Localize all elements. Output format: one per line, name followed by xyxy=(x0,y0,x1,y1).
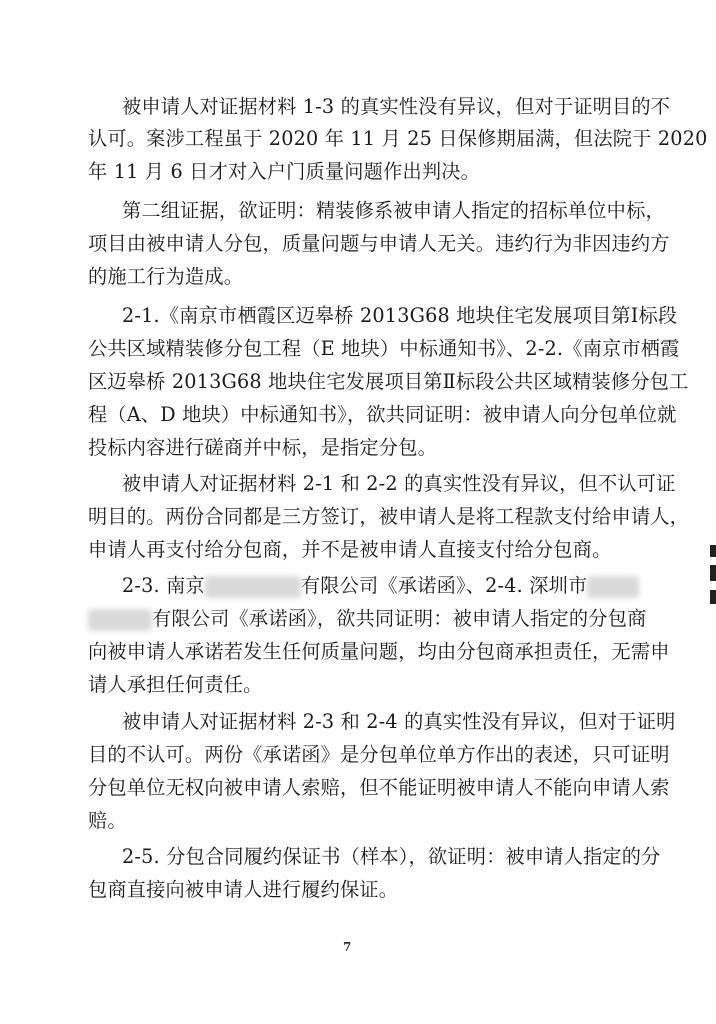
redacted-company-name xyxy=(587,576,639,598)
evidence-2-3-suffix: 有限公司《承诺函》、2-4. 深圳市 xyxy=(301,574,588,597)
page-number: 7 xyxy=(343,940,351,954)
evidence-2-3-prefix: 2-3. 南京 xyxy=(122,574,205,597)
paragraph-3-line-2: 公共区域精装修分包工程（E 地块）中标通知书》、2-2.《南京市栖霞 xyxy=(88,337,680,361)
paragraph-2-line-3: 的施工行为造成。 xyxy=(88,265,243,289)
paragraph-3-line-3: 区迈皋桥 2013G68 地块住宅发展项目第Ⅱ标段公共区域精装修分包工 xyxy=(88,370,689,394)
scan-edge-mark xyxy=(710,590,716,604)
paragraph-7-line-2: 包商直接向被申请人进行履约保证。 xyxy=(88,878,398,902)
paragraph-3-line-5: 投标内容进行磋商并中标，是指定分包。 xyxy=(88,436,437,460)
paragraph-5-line-1: 2-3. 南京有限公司《承诺函》、2-4. 深圳市 xyxy=(122,574,639,598)
paragraph-1-line-2: 认可。案涉工程虽于 2020 年 11 月 25 日保修期届满，但法院于 202… xyxy=(88,127,708,151)
paragraph-1-line-1: 被申请人对证据材料 1-3 的真实性没有异议，但对于证明目的不 xyxy=(122,95,670,119)
paragraph-5-line-2: 有限公司《承诺函》，欲共同证明：被申请人指定的分包商 xyxy=(88,607,646,631)
paragraph-4-line-2: 明目的。两份合同都是三方签订，被申请人是将工程款支付给申请人， xyxy=(88,505,689,529)
paragraph-4-line-3: 申请人再支付给分包商，并不是被申请人直接支付给分包商。 xyxy=(88,538,611,562)
scan-edge-mark xyxy=(710,565,716,581)
redacted-company-name xyxy=(205,576,301,598)
paragraph-5-line-4: 请人承担任何责任。 xyxy=(88,673,263,697)
paragraph-7-line-1: 2-5. 分包合同履约保证书（样本），欲证明：被申请人指定的分 xyxy=(122,845,661,869)
paragraph-3-line-1: 2-1.《南京市栖霞区迈皋桥 2013G68 地块住宅发展项目第Ⅰ标段 xyxy=(122,304,677,328)
paragraph-4-line-1: 被申请人对证据材料 2-1 和 2-2 的真实性没有异议，但不认可证 xyxy=(122,472,676,496)
paragraph-2-line-2: 项目由被申请人分包，质量问题与申请人无关。违约行为非因违约方 xyxy=(88,232,670,256)
paragraph-3-line-4: 程（A、D 地块）中标通知书》，欲共同证明：被申请人向分包单位就 xyxy=(88,403,677,427)
paragraph-6-line-2: 目的不认可。两份《承诺函》是分包单位单方作出的表述，只可证明 xyxy=(88,743,670,767)
redacted-company-name xyxy=(88,609,152,631)
evidence-2-4-suffix: 有限公司《承诺函》，欲共同证明：被申请人指定的分包商 xyxy=(152,607,646,630)
paragraph-2-line-1: 第二组证据，欲证明：精装修系被申请人指定的招标单位中标， xyxy=(122,199,665,223)
scan-edge-mark xyxy=(710,545,716,557)
document-page: 被申请人对证据材料 1-3 的真实性没有异议，但对于证明目的不 认可。案涉工程虽… xyxy=(0,0,716,1024)
paragraph-1-line-3: 年 11 月 6 日才对入户门质量问题作出判决。 xyxy=(88,160,480,184)
paragraph-6-line-4: 赔。 xyxy=(88,809,127,833)
paragraph-5-line-3: 向被申请人承诺若发生任何质量问题，均由分包商承担责任，无需申 xyxy=(88,640,670,664)
paragraph-6-line-3: 分包单位无权向被申请人索赔，但不能证明被申请人不能向申请人索 xyxy=(88,776,670,800)
paragraph-6-line-1: 被申请人对证据材料 2-3 和 2-4 的真实性没有异议，但对于证明 xyxy=(122,710,676,734)
